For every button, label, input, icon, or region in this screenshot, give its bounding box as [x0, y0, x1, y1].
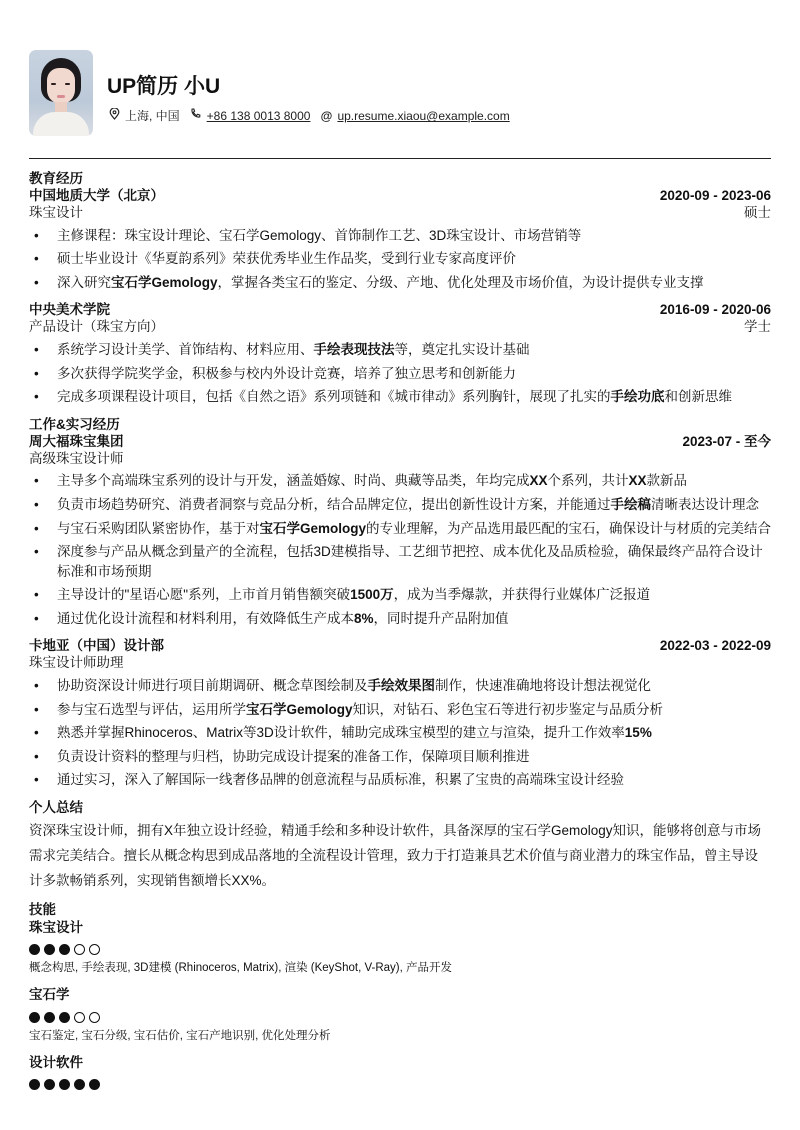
filled-dot-icon: [59, 1012, 70, 1023]
bullet-list: 协助资深设计师进行项目前期调研、概念草图绘制及手绘效果图制作，快速准确地将设计想…: [29, 676, 771, 790]
section-title: 技能: [29, 902, 771, 919]
list-item: 系统学习设计美学、首饰结构、材料应用、手绘表现技法等，奠定扎实设计基础: [29, 340, 771, 360]
filled-dot-icon: [29, 1079, 40, 1090]
map-pin-icon: [107, 108, 121, 126]
major: 珠宝设计: [29, 205, 83, 222]
section-title: 个人总结: [29, 800, 771, 817]
filled-dot-icon: [89, 1079, 100, 1090]
location: 上海, 中国: [107, 107, 180, 126]
candidate-name: UP简历 小U: [107, 74, 519, 99]
list-item: 多次获得学院奖学金，积极参与校内外设计竞赛，培养了独立思考和创新能力: [29, 364, 771, 384]
filled-dot-icon: [44, 1012, 55, 1023]
emphasis: 15%: [625, 725, 652, 740]
organization: 卡地亚（中国）设计部: [29, 638, 164, 655]
skill-item: 珠宝设计概念构思, 手绘表现, 3D建模 (Rhinoceros, Matrix…: [29, 919, 771, 976]
entry-subtitle: 高级珠宝设计师: [29, 451, 771, 468]
emphasis: 手绘功底: [611, 389, 665, 404]
skill-item: 设计软件: [29, 1054, 771, 1091]
skill-keywords: 宝石鉴定, 宝石分级, 宝石估价, 宝石产地识别, 优化处理分析: [29, 1029, 771, 1044]
list-item: 通过优化设计流程和材料利用，有效降低生产成本8%，同时提升产品附加值: [29, 609, 771, 629]
list-item: 硕士毕业设计《华夏韵系列》荣获优秀毕业生作品奖，受到行业专家高度评价: [29, 249, 771, 269]
resume-header: UP简历 小U 上海, 中国 +86 138 0013 8000 @ up.: [29, 0, 771, 158]
job-title: 高级珠宝设计师: [29, 451, 124, 468]
bullet-list: 主修课程：珠宝设计理论、宝石学Gemology、首饰制作工艺、3D珠宝设计、市场…: [29, 226, 771, 293]
section-title: 工作&实习经历: [29, 417, 771, 434]
date-range: 2016-09 - 2020-06: [660, 302, 771, 319]
emphasis: 手绘稿: [611, 497, 652, 512]
list-item: 深度参与产品从概念到量产的全流程，包括3D建模指导、工艺细节把控、成本优化及品质…: [29, 542, 771, 581]
filled-dot-icon: [59, 944, 70, 955]
organization: 周大福珠宝集团: [29, 434, 124, 451]
phone: +86 138 0013 8000: [189, 107, 311, 126]
filled-dot-icon: [59, 1079, 70, 1090]
entry-header: 中国地质大学（北京）2020-09 - 2023-06: [29, 188, 771, 205]
work-section: 工作&实习经历 周大福珠宝集团2023-07 - 至今高级珠宝设计师主导多个高端…: [29, 417, 771, 790]
entry-subtitle: 珠宝设计师助理: [29, 655, 771, 672]
emphasis: XX: [629, 473, 647, 488]
list-item: 主导设计的"星语心愿"系列，上市首月销售额突破1500万，成为当季爆款，并获得行…: [29, 585, 771, 605]
major: 产品设计（珠宝方向）: [29, 319, 164, 336]
skill-name: 珠宝设计: [29, 919, 771, 937]
organization: 中央美术学院: [29, 302, 110, 319]
emphasis: XX: [530, 473, 548, 488]
summary-text: 资深珠宝设计师，拥有X年独立设计经验，精通手绘和多种设计软件，具备深厚的宝石学G…: [29, 819, 771, 894]
list-item: 主导多个高端珠宝系列的设计与开发，涵盖婚嫁、时尚、典藏等品类，年均完成XX个系列…: [29, 471, 771, 491]
list-item: 深入研究宝石学Gemology，掌握各类宝石的鉴定、分级、产地、优化处理及市场价…: [29, 273, 771, 293]
contact-info: 上海, 中国 +86 138 0013 8000 @ up.resume.xia…: [107, 107, 519, 126]
email-link[interactable]: up.resume.xiaou@example.com: [337, 107, 509, 126]
phone-icon: [189, 108, 203, 125]
entry-subtitle: 产品设计（珠宝方向）学士: [29, 319, 771, 336]
organization: 中国地质大学（北京）: [29, 188, 164, 205]
empty-dot-icon: [89, 1012, 100, 1023]
skill-item: 宝石学宝石鉴定, 宝石分级, 宝石估价, 宝石产地识别, 优化处理分析: [29, 986, 771, 1043]
empty-dot-icon: [74, 944, 85, 955]
list-item: 与宝石采购团队紧密协作，基于对宝石学Gemology的专业理解，为产品选用最匹配…: [29, 519, 771, 539]
section-title: 教育经历: [29, 171, 771, 188]
skill-level-rating: [29, 1012, 771, 1023]
resume-page: UP简历 小U 上海, 中国 +86 138 0013 8000 @ up.: [0, 0, 800, 1090]
list-item: 参与宝石选型与评估，运用所学宝石学Gemology知识，对钻石、彩色宝石等进行初…: [29, 700, 771, 720]
phone-link[interactable]: +86 138 0013 8000: [207, 107, 311, 126]
education-section: 教育经历 中国地质大学（北京）2020-09 - 2023-06珠宝设计硕士主修…: [29, 171, 771, 407]
date-range: 2020-09 - 2023-06: [660, 188, 771, 205]
filled-dot-icon: [74, 1079, 85, 1090]
degree: 学士: [744, 319, 771, 336]
emphasis: 手绘表现技法: [314, 342, 395, 357]
avatar: [29, 50, 93, 136]
list-item: 熟悉并掌握Rhinoceros、Matrix等3D设计软件，辅助完成珠宝模型的建…: [29, 723, 771, 743]
entry: 中央美术学院2016-09 - 2020-06产品设计（珠宝方向）学士系统学习设…: [29, 302, 771, 406]
bullet-list: 系统学习设计美学、首饰结构、材料应用、手绘表现技法等，奠定扎实设计基础多次获得学…: [29, 340, 771, 407]
header-divider: [29, 158, 771, 159]
entry-header: 卡地亚（中国）设计部2022-03 - 2022-09: [29, 638, 771, 655]
degree: 硕士: [744, 205, 771, 222]
email: @ up.resume.xiaou@example.com: [319, 107, 509, 126]
entry: 卡地亚（中国）设计部2022-03 - 2022-09珠宝设计师助理协助资深设计…: [29, 638, 771, 790]
emphasis: 宝石学Gemology: [111, 275, 218, 290]
filled-dot-icon: [29, 944, 40, 955]
empty-dot-icon: [89, 944, 100, 955]
list-item: 负责设计资料的整理与归档，协助完成设计提案的准备工作，保障项目顺利推进: [29, 747, 771, 767]
entry-header: 中央美术学院2016-09 - 2020-06: [29, 302, 771, 319]
job-title: 珠宝设计师助理: [29, 655, 124, 672]
entry: 周大福珠宝集团2023-07 - 至今高级珠宝设计师主导多个高端珠宝系列的设计与…: [29, 434, 771, 629]
emphasis: 手绘效果图: [368, 678, 436, 693]
skills-section: 技能 珠宝设计概念构思, 手绘表现, 3D建模 (Rhinoceros, Mat…: [29, 902, 771, 1090]
skill-name: 宝石学: [29, 986, 771, 1004]
entry: 中国地质大学（北京）2020-09 - 2023-06珠宝设计硕士主修课程：珠宝…: [29, 188, 771, 292]
entry-header: 周大福珠宝集团2023-07 - 至今: [29, 434, 771, 451]
bullet-list: 主导多个高端珠宝系列的设计与开发，涵盖婚嫁、时尚、典藏等品类，年均完成XX个系列…: [29, 471, 771, 628]
emphasis: 宝石学Gemology: [246, 702, 353, 717]
emphasis: 宝石学Gemology: [260, 521, 367, 536]
filled-dot-icon: [44, 1079, 55, 1090]
list-item: 通过实习，深入了解国际一线奢侈品牌的创意流程与品质标准，积累了宝贵的高端珠宝设计…: [29, 770, 771, 790]
date-range: 2022-03 - 2022-09: [660, 638, 771, 655]
skill-level-rating: [29, 944, 771, 955]
emphasis: 8%: [354, 611, 374, 626]
skill-keywords: 概念构思, 手绘表现, 3D建模 (Rhinoceros, Matrix), 渲…: [29, 961, 771, 976]
filled-dot-icon: [44, 944, 55, 955]
skill-name: 设计软件: [29, 1054, 771, 1072]
list-item: 协助资深设计师进行项目前期调研、概念草图绘制及手绘效果图制作，快速准确地将设计想…: [29, 676, 771, 696]
filled-dot-icon: [29, 1012, 40, 1023]
list-item: 负责市场趋势研究、消费者洞察与竞品分析，结合品牌定位，提出创新性设计方案，并能通…: [29, 495, 771, 515]
at-icon: @: [319, 107, 333, 126]
list-item: 主修课程：珠宝设计理论、宝石学Gemology、首饰制作工艺、3D珠宝设计、市场…: [29, 226, 771, 246]
empty-dot-icon: [74, 1012, 85, 1023]
emphasis: 1500万: [350, 587, 394, 602]
date-range: 2023-07 - 至今: [682, 434, 771, 451]
skill-level-rating: [29, 1079, 771, 1090]
list-item: 完成多项课程设计项目，包括《自然之语》系列项链和《城市律动》系列胸针，展现了扎实…: [29, 387, 771, 407]
entry-subtitle: 珠宝设计硕士: [29, 205, 771, 222]
summary-section: 个人总结 资深珠宝设计师，拥有X年独立设计经验，精通手绘和多种设计软件，具备深厚…: [29, 800, 771, 894]
